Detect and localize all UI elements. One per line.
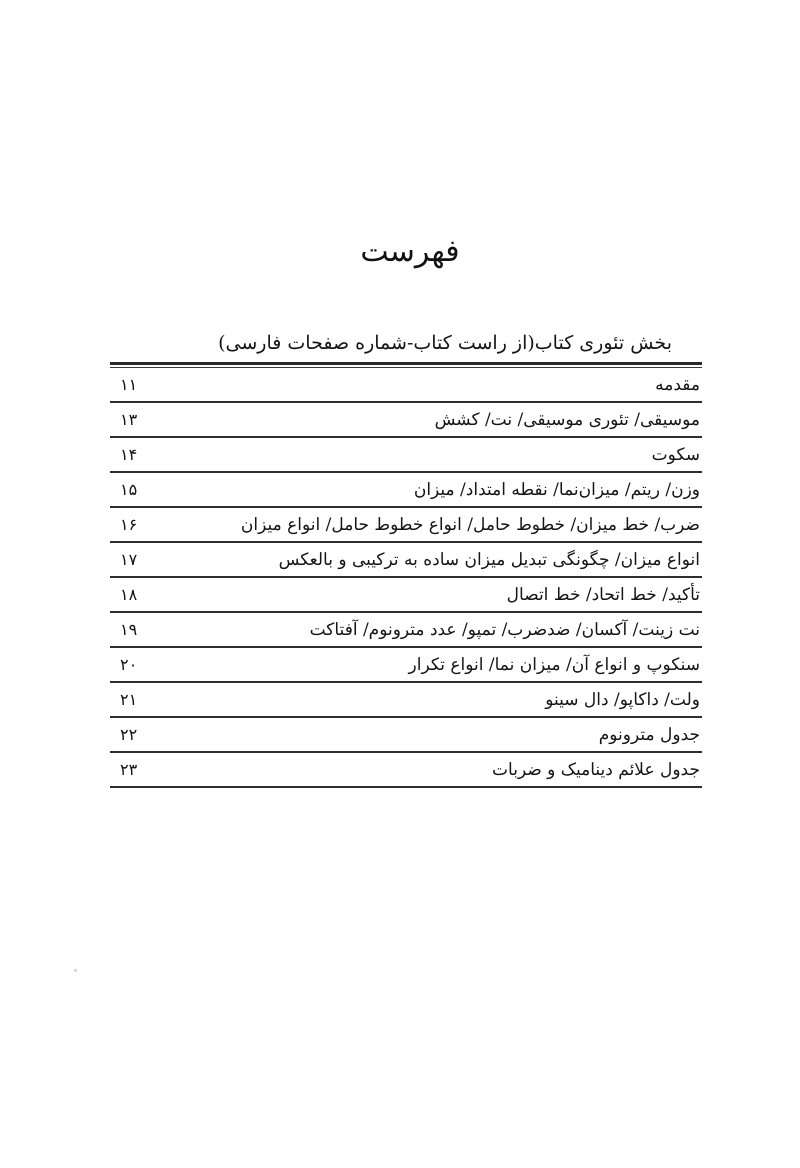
- toc-entry-label: تأکید/ خط اتحاد/ خط اتصال: [507, 581, 702, 611]
- toc-entry-label: ضرب/ خط میزان/ خطوط حامل/ انواع خطوط حام…: [241, 511, 702, 541]
- toc-entry[interactable]: وزن/ ریتم/ میزان‌نما/ نقطه امتداد/ میزان…: [110, 473, 702, 508]
- toc-entry-page: ۱۳: [110, 406, 137, 436]
- document-page: فهرست بخش تئوری کتاب(از راست کتاب-شماره …: [0, 0, 800, 1168]
- toc-entry[interactable]: موسیقی/ تئوری موسیقی/ نت/ کشش ۱۳: [110, 403, 702, 438]
- page-title: فهرست: [0, 232, 800, 272]
- toc-entry-page: ۲۱: [110, 686, 137, 716]
- toc-entry[interactable]: انواع میزان/ چگونگی تبدیل میزان ساده به …: [110, 543, 702, 578]
- toc-entry-page: ۱۹: [110, 616, 137, 646]
- toc-entry-page: ۱۵: [110, 476, 137, 506]
- toc-entry-label: جدول علائم دینامیک و ضربات: [492, 756, 702, 786]
- toc-entry-page: ۱۱: [110, 371, 137, 401]
- section-heading: بخش تئوری کتاب(از راست کتاب-شماره صفحات …: [110, 326, 702, 362]
- toc-entry-page: ۱۶: [110, 511, 137, 541]
- toc-entry-label: نت زینت/ آکسان/ ضدضرب/ تمپو/ عدد مترونوم…: [310, 616, 702, 646]
- toc-entry[interactable]: جدول مترونوم ۲۲: [110, 718, 702, 753]
- toc-entry-label: وزن/ ریتم/ میزان‌نما/ نقطه امتداد/ میزان: [414, 476, 702, 506]
- toc-entry[interactable]: مقدمه ۱۱: [110, 368, 702, 403]
- toc-entries: مقدمه ۱۱ موسیقی/ تئوری موسیقی/ نت/ کشش ۱…: [110, 368, 702, 788]
- toc-entry[interactable]: ولت/ داکاپو/ دال سینو ۲۱: [110, 683, 702, 718]
- toc-entry[interactable]: سنکوپ و انواع آن/ میزان نما/ انواع تکرار…: [110, 648, 702, 683]
- toc-entry-page: ۲۳: [110, 756, 137, 786]
- toc-entry[interactable]: جدول علائم دینامیک و ضربات ۲۳: [110, 753, 702, 788]
- toc-entry-label: مقدمه: [655, 371, 702, 401]
- toc-entry-label: جدول مترونوم: [599, 721, 702, 751]
- toc-entry-label: موسیقی/ تئوری موسیقی/ نت/ کشش: [435, 406, 702, 436]
- toc-entry-label: سکوت: [652, 441, 702, 471]
- toc-entry[interactable]: سکوت ۱۴: [110, 438, 702, 473]
- toc-entry[interactable]: نت زینت/ آکسان/ ضدضرب/ تمپو/ عدد مترونوم…: [110, 613, 702, 648]
- toc-entry-page: ۱۷: [110, 546, 137, 576]
- toc-entry-page: ۱۸: [110, 581, 137, 611]
- scan-speck: [74, 969, 77, 972]
- toc-entry[interactable]: ضرب/ خط میزان/ خطوط حامل/ انواع خطوط حام…: [110, 508, 702, 543]
- toc-entry-label: سنکوپ و انواع آن/ میزان نما/ انواع تکرار: [409, 651, 702, 681]
- toc-entry-page: ۲۰: [110, 651, 137, 681]
- toc-entry-label: ولت/ داکاپو/ دال سینو: [545, 686, 702, 716]
- table-of-contents: بخش تئوری کتاب(از راست کتاب-شماره صفحات …: [110, 326, 702, 788]
- toc-entry-page: ۱۴: [110, 441, 137, 471]
- toc-entry[interactable]: تأکید/ خط اتحاد/ خط اتصال ۱۸: [110, 578, 702, 613]
- toc-entry-page: ۲۲: [110, 721, 137, 751]
- toc-entry-label: انواع میزان/ چگونگی تبدیل میزان ساده به …: [279, 546, 702, 576]
